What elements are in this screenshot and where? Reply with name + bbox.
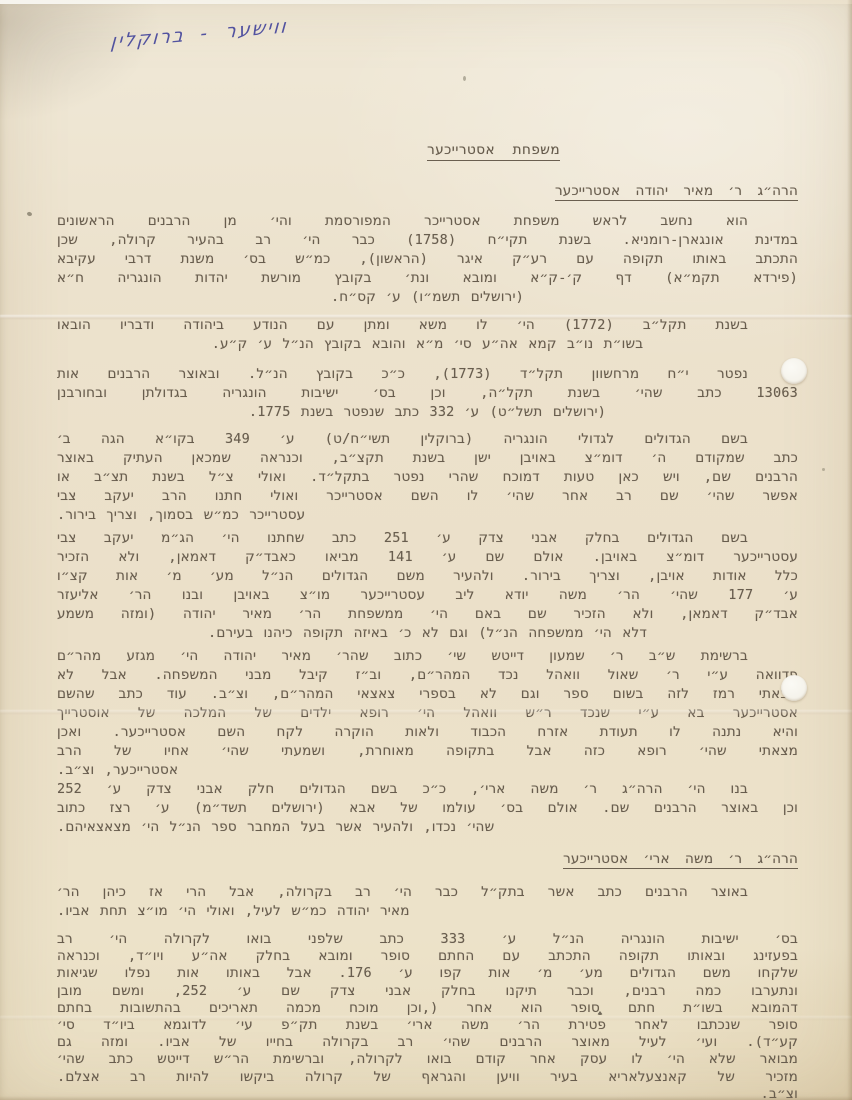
typed-line: בשו״ת נו״ב קמא אה״ע סי׳ מ״א והובא בקובץ … (57, 335, 798, 354)
scanned-document-page: ווישער - ברוקלין משפחת אסטרייכער הרה״ג ר… (0, 0, 852, 1100)
paper-crease (0, 315, 852, 319)
paper-speck (463, 76, 466, 81)
section-heading-text: הרה״ג ר׳ מאיר יהודה אסטרייכער (555, 183, 798, 201)
typed-line: כלל אודות אויבן, וצריך בירור. ולהעיר משם… (57, 567, 798, 586)
typed-line: בשם הגדולים לגדולי הונגריה (ברוקלין תשי״… (57, 430, 798, 449)
typed-line: עסטרייכער דומ״צ באויבן. אולם שם ע׳ 141 מ… (57, 548, 798, 567)
typed-line: ע׳ 177 שהי׳ הר׳ משה יודא ליב עסטרייכער מ… (57, 586, 798, 605)
typed-line: במדינת אונגארן-רומניא. בשנת תקי״ח (1758)… (57, 231, 798, 250)
paper-speck (822, 468, 825, 471)
paragraph: בנו הי׳ הרה״ג ר׳ משה ארי׳, כ״כ בשם הגדול… (57, 780, 798, 837)
typed-line: (ירושלים תשמ״ו) ע׳ קס״ח. (57, 288, 798, 307)
typed-line: מצאתי שהי׳ רופא כזה אבל בתקופה מאוחרת, ו… (57, 742, 798, 761)
scan-edge (0, 1096, 852, 1100)
typed-line: אסטרייכער, וצ״ב. (57, 761, 798, 780)
paper-crease (0, 1016, 852, 1020)
typed-line: מצאתי רמז לזה בשום ספר וגם לא בספרי צאצא… (57, 685, 798, 704)
typed-line: כתב שמקודם ה׳ דומ״צ באויבן ישן בשנת תקצ״… (57, 449, 798, 468)
typed-line: ונתערבו כמה רבנים, וכבר תיקנו בחלק אבני … (57, 983, 798, 1000)
typed-line: דהמובא בשו״ת חתם סופר הוא אחר (,וכן מוכח… (57, 1000, 798, 1017)
typed-line: שלקחו משם הגדולים מע׳ מ׳ אות קפו ע׳ 176.… (57, 965, 798, 982)
typed-line: בס׳ ישיבות הונגריה הנ״ל ע׳ 333 כתב שלפני… (57, 931, 798, 948)
typed-line: ברשימת ש״ב ר׳ שמעון דייטש שי׳ כתוב שהר׳ … (57, 647, 798, 666)
scan-edge (0, 0, 852, 4)
typed-line: הרבנים שם, ויש כאן טעות דמוכח שהרי נפטר … (57, 468, 798, 487)
section-heading: הרה״ג ר׳ מאיר יהודה אסטרייכער (57, 183, 798, 202)
section-heading-text: הרה״ג ר׳ משה ארי׳ אסטרייכער (563, 851, 798, 869)
typed-line: 13063 כתב שהי׳ בשנת תקל״ה, וכן בס׳ ישיבו… (57, 384, 798, 403)
paragraph: בשם הגדולים לגדולי הונגריה (ברוקלין תשי״… (57, 430, 798, 525)
typed-line: וכן באוצר הרבנים שם. אולם בס׳ עולמו של א… (57, 799, 798, 818)
typed-line: נפטר י״ח מרחשוון תקל״ד (1773), כ״כ בקובץ… (57, 365, 798, 384)
typed-line: אבד״ק דאמאן, ולא הזכיר שם באם הי׳ ממשפחת… (57, 605, 798, 624)
paragraph: בשנת תקל״ב (1772) הי׳ לו משא ומתן עם הנו… (57, 316, 798, 354)
typed-line: והיא נתנה לו תעודת אזרח הכבוד ולאות הוקר… (57, 723, 798, 742)
document-body: הרה״ג ר׳ מאיר יהודה אסטרייכערהוא נחשב לר… (57, 183, 798, 1100)
typed-line: מבואר שלא הי׳ לו עסק אחר קודם בואו לקרול… (57, 1051, 798, 1068)
typed-line: שהי׳ נכדו, ולהעיר אשר בעל המחבר ספר הנ״ל… (57, 818, 798, 837)
typed-line: פדוואה ע״י ר׳ שאול וואהל נכד המהר״ם, וב״… (57, 666, 798, 685)
paragraph: הוא נחשב לראש משפחת אסטרייכר המפורסמת וה… (57, 212, 798, 307)
typed-line: התכתב באותו תקופה עם רע״ק איגר (הראשון),… (57, 250, 798, 269)
scan-edge (847, 0, 852, 1100)
hole-punch-bottom (781, 675, 807, 701)
typed-line: דלא הי׳ ממשפחה הנ״ל) וגם לא כ׳ באיזה תקו… (57, 624, 798, 643)
hole-punch-top (781, 358, 807, 384)
section-heading: הרה״ג ר׳ משה ארי׳ אסטרייכער (57, 851, 798, 870)
paragraph: באוצר הרבנים כתב אשר בתק״ל כבר הי׳ רב בק… (57, 883, 798, 921)
typed-line: עסטרייכר כמ״ש בסמוך, וצריך בירור. (57, 506, 798, 525)
paper-speck (26, 211, 32, 216)
typed-line: באוצר הרבנים כתב אשר בתק״ל כבר הי׳ רב בק… (57, 883, 798, 902)
paper-crease (0, 710, 852, 714)
typed-line: אפשר שהי׳ שם רב אחר שהי׳ לו השם אסטרייכר… (57, 487, 798, 506)
typed-line: בנו הי׳ הרה״ג ר׳ משה ארי׳, כ״כ בשם הגדול… (57, 780, 798, 799)
typed-line: מאיר יהודה כמ״ש לעיל, ואולי הי׳ מו״צ תחת… (57, 902, 798, 921)
handwritten-annotation: ווישער - ברוקלין (87, 15, 288, 55)
typed-line: מזכיר של קאנצעלאריא בעיר וויען והגראף של… (57, 1069, 798, 1086)
paragraph: בשם הגדולים בחלק אבני צדק ע׳ 251 כתב שחת… (57, 529, 798, 643)
typed-line: הוא נחשב לראש משפחת אסטרייכר המפורסמת וה… (57, 212, 798, 231)
paragraph: נפטר י״ח מרחשוון תקל״ד (1773), כ״כ בקובץ… (57, 365, 798, 422)
typed-line: (פירדא תקמ״א) דף ק׳-ק״א ומובא ונת׳ בקובץ… (57, 269, 798, 288)
typed-line: (ירושלים תשל״ט) ע׳ 332 כתב שנפטר בשנת 17… (57, 403, 798, 422)
typed-line: קע״ד). ועי׳ לעיל מאוצר הרבנים שהי׳ רב בק… (57, 1034, 798, 1051)
typed-line: בפעזינג ובאותו תקופה התכתב עם החתם סופר … (57, 948, 798, 965)
document-title: משפחת אסטרייכער (427, 142, 560, 161)
typed-line: בשם הגדולים בחלק אבני צדק ע׳ 251 כתב שחת… (57, 529, 798, 548)
